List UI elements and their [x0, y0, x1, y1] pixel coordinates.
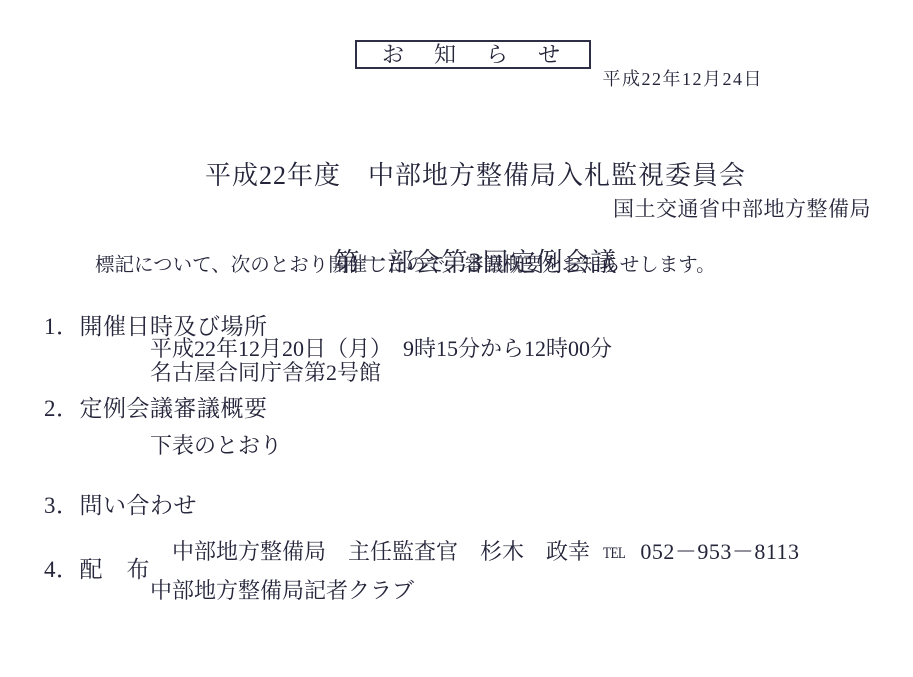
tel-number: 052－953－8113	[640, 539, 799, 564]
section-4-heading: 4．配 布	[44, 551, 150, 584]
issuer-organization: 国土交通省中部地方整備局	[613, 193, 871, 223]
tel-sign: TEL	[603, 543, 625, 563]
contact-name: 中部地方整備局 主任監査官 杉木 政幸	[172, 539, 590, 564]
section-4-detail: 中部地方整備局記者クラブ	[150, 574, 414, 605]
intro-paragraph: 標記について、次のとおり開催したので、審議概要をお知らせします。	[95, 249, 716, 277]
section-2-heading: 2．定例会議審議概要	[44, 390, 268, 423]
section-1-detail-venue: 名古屋合同庁舎第2号館	[150, 356, 381, 387]
notice-title-box: お 知 ら せ	[355, 40, 591, 69]
issue-date: 平成22年12月24日	[603, 65, 764, 91]
section-2-detail: 下表のとおり	[150, 429, 282, 460]
notice-document-page: お 知 ら せ 平成22年12月24日 平成22年度 中部地方整備局入札監視委員…	[0, 0, 913, 677]
notice-box-label: お 知 ら せ	[382, 44, 564, 66]
document-title-line1: 平成22年度 中部地方整備局入札監視委員会	[38, 161, 913, 190]
